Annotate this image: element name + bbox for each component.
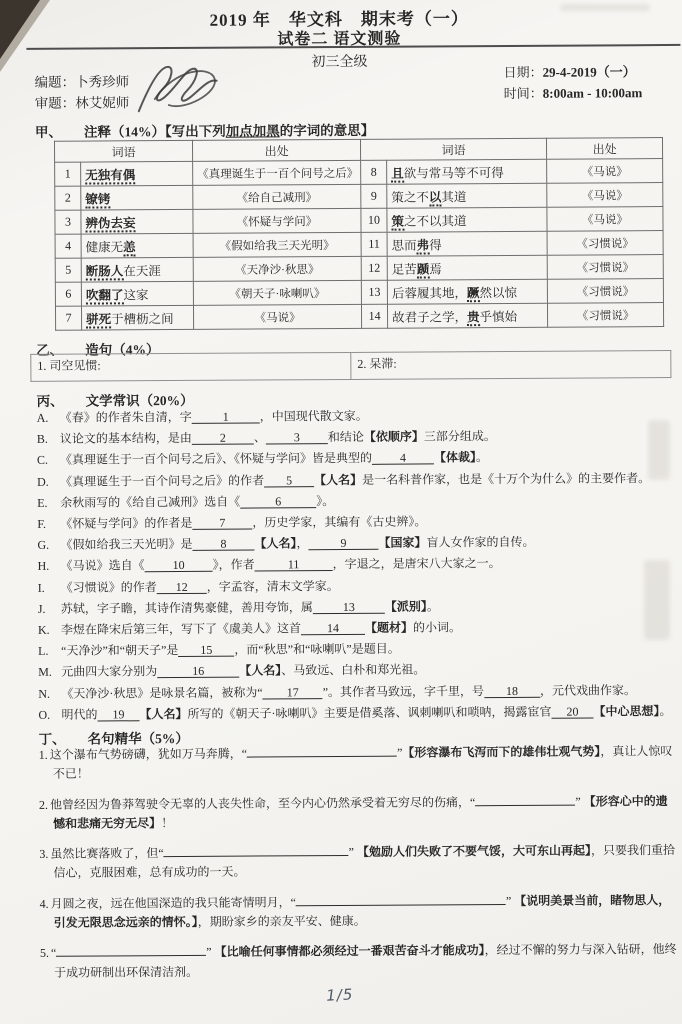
text-segment: 策之不 <box>391 190 429 204</box>
text-segment: ， <box>296 536 308 550</box>
text-segment: 李煜在降宋后第三年，写下了《虞美人》这首 <box>61 621 301 636</box>
word-cell: 故君子之学，贵乎慎始 <box>387 303 547 328</box>
item-number: 1. <box>39 748 48 762</box>
glossary-row: 4健康无恙《假如给我三天光明》11思而弗得《习惯说》 <box>55 231 663 259</box>
text-segment: 辨伪去妄 <box>85 216 135 232</box>
item-label: C. <box>37 450 60 471</box>
text-segment: 的小词。 <box>413 620 461 634</box>
glossary-row: 6吹翻了这家《朝天子·咏喇叭》13后蓉履其地，蹶然以惊《习惯说》 <box>55 279 663 307</box>
row-number: 9 <box>361 184 387 208</box>
item-label: F. <box>37 514 60 535</box>
answer-blank-line <box>164 844 349 857</box>
word-cell: 断肠人在天涯 <box>81 257 193 282</box>
time-label: 时间： <box>504 86 543 101</box>
hint-bracket: 【题材】 <box>365 621 413 635</box>
answer-blank: 6 <box>240 495 316 508</box>
answer-blank: 4 <box>372 452 434 465</box>
credits-block: 编题：卜秀珍师 审题：林艾妮师 <box>35 71 130 114</box>
answer-blank: 18 <box>484 684 540 697</box>
answer-blank-line <box>475 793 575 806</box>
glossary-row: 1无独有偶《真理诞生于一百个问号之后》8且欲与常马等不可得《马说》 <box>55 159 663 187</box>
text-segment: 蹶 <box>467 286 480 302</box>
row-number: 5 <box>55 258 81 282</box>
hint-bracket: 【国家】 <box>378 536 426 550</box>
text-segment: 元曲四大家分别为 <box>61 665 157 680</box>
exam-paper-scan: 2019 年 华文科 期末考（一） 试卷二 语文测验 初三全级 编题：卜秀珍师 … <box>0 0 682 1024</box>
text-segment: 月圆之夜，远在他国深造的我只能寄情明月，“ <box>51 895 296 910</box>
item-label: N. <box>38 683 61 704</box>
text-segment: 《怀疑与学问》的作者是 <box>60 516 192 531</box>
signature-graphic <box>124 59 224 118</box>
glossary-row: 2镣铐《给自己减刑》9策之不以其道《马说》 <box>55 183 663 211</box>
text-segment: 在天涯 <box>123 264 161 278</box>
word-cell: 无独有偶 <box>81 161 193 186</box>
answer-blank: 5 <box>264 474 314 487</box>
source-cell: 《马说》 <box>194 304 362 329</box>
word-cell: 且欲与常马等不可得 <box>387 159 547 184</box>
text-segment: 《春》的作者朱自清，字 <box>60 410 192 425</box>
hint-bracket: 【勉励人们失败了不要气馁，大可东山再起】 <box>357 844 591 859</box>
source-cell: 《朝天子·咏喇叭》 <box>193 280 361 305</box>
answer-blank: 3 <box>266 431 328 444</box>
answer-blank: 19 <box>97 708 139 721</box>
text-segment: 三部分组成。 <box>424 429 496 443</box>
section-jia-note: 【写出下列加点加黑的字词的意思】 <box>165 123 374 139</box>
text-segment: 其道 <box>441 190 466 204</box>
quote-item: 4.月圆之夜，远在他国深造的我只能寄情明月，“” 【说明美景当前，睹物思人，引发… <box>40 891 678 933</box>
word-cell: 镣铐 <box>81 185 193 210</box>
text-segment: ” <box>349 845 357 859</box>
item-label: D. <box>37 471 60 492</box>
item-number: 3. <box>39 847 48 861</box>
word-cell: 思而弗得 <box>387 231 547 256</box>
text-segment: 然以惊 <box>479 285 517 299</box>
text-segment: 故君子之学， <box>392 310 467 324</box>
answer-blank: 15 <box>178 644 234 657</box>
item-label: K. <box>38 620 61 641</box>
text-segment: 思而 <box>392 238 417 252</box>
row-number: 14 <box>361 304 387 328</box>
col-header-word: 词语 <box>54 140 192 162</box>
hint-bracket: 【派别】 <box>385 599 427 613</box>
item-number: 5. <box>40 946 49 960</box>
answer-blank-line <box>296 893 506 906</box>
text-segment: 。 <box>476 451 488 465</box>
text-segment: 健康无 <box>86 240 124 254</box>
answer-blank-line <box>247 745 397 758</box>
text-segment: 之不以其道 <box>404 214 467 228</box>
text-segment: 这家 <box>123 288 148 302</box>
text-segment: 》，作者 <box>213 558 255 572</box>
sentence-making-row: 1. 司空见惯: 2. 呆滞: <box>31 350 671 381</box>
word-cell: 策之不以其道 <box>387 207 547 232</box>
hint-bracket: 【中心思想】 <box>593 704 659 718</box>
source-cell: 《天净沙·秋思》 <box>193 256 361 281</box>
item-label: J. <box>38 599 61 620</box>
row-number: 10 <box>361 208 387 232</box>
row-number: 11 <box>361 232 387 256</box>
row-number: 2 <box>55 186 81 210</box>
datetime-block: 日期：29-4-2019（一） 时间：8:00am - 10:00am <box>504 61 643 104</box>
text-segment: 。 <box>427 599 439 613</box>
text-segment: 明代的 <box>61 707 97 721</box>
time-value: 8:00am - 10:00am <box>543 85 643 101</box>
reviewer-line: 审题：林艾妮师 <box>35 92 130 114</box>
glossary-row: 5断肠人在天涯《天净沙·秋思》12足苦踬焉《习惯说》 <box>55 255 663 283</box>
text-segment: 、 <box>254 431 266 445</box>
text-segment: “天净沙”和“朝天子”是 <box>61 643 178 658</box>
text-segment: 骈死 <box>86 312 111 328</box>
word-cell: 健康无恙 <box>81 233 193 258</box>
text-segment: 踬 <box>417 262 430 278</box>
item-content: 明代的19【人名】所写的《朝天子·咏喇叭》主要是借奚落、讽刺喇叭和唢呐，揭露宦官… <box>61 701 674 726</box>
page-content: 2019 年 华文科 期末考（一） 试卷二 语文测验 初三全级 编题：卜秀珍师 … <box>0 0 682 1024</box>
item-label: H. <box>38 556 61 577</box>
section-jia-title: 注释（14%） <box>84 124 165 139</box>
source-cell: 《马说》 <box>547 159 663 184</box>
text-segment: ”。其作者马致远，字千里，号 <box>323 684 484 699</box>
source-cell: 《给自己减刑》 <box>193 184 361 209</box>
text-segment: 无独有偶 <box>85 168 135 184</box>
answer-blank: 17 <box>263 686 323 699</box>
text-segment: 《马说》选自《 <box>61 559 145 574</box>
date-line: 日期：29-4-2019（一） <box>504 61 643 83</box>
item-number: 2. <box>39 797 48 811</box>
knowledge-item: O.明代的19【人名】所写的《朝天子·咏喇叭》主要是借奚落、讽刺喇叭和唢呐，揭露… <box>38 701 674 726</box>
word-cell: 策之不以其道 <box>387 183 547 208</box>
hint-bracket: 【人名】 <box>254 536 296 550</box>
underlined-text: 加点加黑 <box>226 123 280 138</box>
text-segment: 于槽枥之间 <box>111 312 174 326</box>
hint-bracket: 【体裁】 <box>434 451 476 465</box>
item-label: A. <box>37 408 60 429</box>
item-label: O. <box>38 705 61 726</box>
text-segment: 《真理诞生于一百个问号之后》、《怀疑与学问》皆是典型的 <box>60 451 372 467</box>
text-segment: 断肠人 <box>86 264 124 280</box>
answer-blank-line <box>56 944 206 957</box>
word-cell: 足苦踬焉 <box>387 255 547 280</box>
sentence-prompt: 1. 司空见惯: <box>31 352 351 381</box>
glossary-row: 3辨伪去妄《怀疑与学问》10策之不以其道《马说》 <box>55 207 663 235</box>
text-segment: 这个瀑布气势磅礴，犹如万马奔腾，“ <box>50 747 247 762</box>
word-cell: 后蓉履其地，蹶然以惊 <box>387 279 547 304</box>
hint-bracket: 【依顺序】 <box>364 430 424 444</box>
text-segment: ” <box>575 794 583 808</box>
literature-knowledge-list: A.《春》的作者朱自清，字1，中国现代散文家。B.议论文的基本结构，是由2、3和… <box>37 404 675 726</box>
text-segment: 焉 <box>429 262 442 276</box>
text-segment: 是一名科普作家，也是《十万个为什么》的主要作者。 <box>362 471 650 487</box>
text-segment: 吹翻了 <box>86 288 124 304</box>
section-bing-prefix: 丙、 <box>37 394 64 409</box>
text-segment: 得 <box>429 238 442 252</box>
answer-blank: 12 <box>157 580 207 593</box>
glossary-row: 7骈死于槽枥之间《马说》14故君子之学，贵乎慎始《习惯说》 <box>55 303 663 331</box>
source-cell: 《习惯说》 <box>547 279 663 304</box>
text-segment: 《真理诞生于一百个问号之后》的作者 <box>60 473 264 488</box>
col-header-source: 出处 <box>547 138 663 160</box>
source-cell: 《习惯说》 <box>548 303 664 328</box>
row-number: 12 <box>361 256 387 280</box>
row-number: 13 <box>361 280 387 304</box>
page-number: 1/5 <box>326 985 354 1005</box>
text-segment: 《假如给我三天光明》是 <box>60 537 192 552</box>
col-header-word: 词语 <box>360 138 546 160</box>
answer-blank: 7 <box>192 517 252 530</box>
famous-quotes-list: 1.这个瀑布气势磅礴，犹如万马奔腾，“”【形容瀑布飞泻而下的雄伟壮观气势】，真让… <box>39 742 679 994</box>
item-label: G. <box>37 535 60 556</box>
text-segment: ，元代戏曲作家。 <box>540 683 636 698</box>
text-segment: ” <box>206 945 214 959</box>
text-segment: 苏轼，字子瞻，其诗作清隽豪健，善用夸饰，属 <box>61 600 313 616</box>
text-segment: 。 <box>659 704 671 718</box>
text-segment: 贵 <box>467 310 480 326</box>
quote-item: 1.这个瀑布气势磅礴，犹如万马奔腾，“”【形容瀑布飞泻而下的雄伟壮观气势】，真让… <box>39 742 677 784</box>
text-segment: 足苦 <box>392 262 417 276</box>
source-cell: 《假如给我三天光明》 <box>193 232 361 257</box>
section-jia-heading: 甲、注释（14%）【写出下列加点加黑的字词的意思】 <box>35 119 374 141</box>
hint-bracket: 【比喻任何事情都必须经过一番艰苦奋斗才能成功】 <box>215 944 485 960</box>
text-segment: ” <box>506 894 514 908</box>
source-cell: 《怀疑与学问》 <box>193 208 361 233</box>
item-label: L. <box>38 641 61 662</box>
col-header-source: 出处 <box>192 139 360 161</box>
text-segment: ，字孟容，清末文学家。 <box>207 579 339 594</box>
quote-item: 3.虽然比赛落败了，但“” 【勉励人们失败了不要气馁，大可东山再起】，只要我们重… <box>39 841 677 883</box>
word-cell: 骈死于槽枥之间 <box>81 305 193 330</box>
text-segment: ，历史学家，其编有《古史辨》。 <box>252 514 426 529</box>
text-segment: 【写出下列 <box>165 124 226 139</box>
answer-blank: 20 <box>551 705 593 718</box>
section-jia-prefix: 甲、 <box>35 125 62 140</box>
answer-blank: 14 <box>301 622 365 635</box>
text-segment: ，而“秋思”和“咏喇叭”是题目。 <box>234 642 399 657</box>
text-segment: 》。 <box>316 494 334 508</box>
section-ding-prefix: 丁、 <box>39 732 66 747</box>
text-segment: 后蓉履其地， <box>392 286 467 300</box>
date-value: 29-4-2019（一） <box>543 64 636 80</box>
text-segment: 《天净沙·秋思》是咏景名篇，被称为“ <box>61 685 262 700</box>
text-segment: 欲与常马等不可得 <box>404 166 504 181</box>
text-segment: 、马致远、白朴和郑光祖。 <box>281 663 425 678</box>
word-cell: 吹翻了这家 <box>81 281 193 306</box>
answer-blank: 2 <box>192 432 254 445</box>
text-segment: 所写的《朝天子·咏喇叭》主要是借奚落、讽刺喇叭和唢呐，揭露宦官 <box>187 705 551 721</box>
item-label: B. <box>37 429 60 450</box>
row-number: 7 <box>55 306 81 330</box>
text-segment: 弗 <box>417 238 430 254</box>
date-label: 日期： <box>504 65 543 80</box>
answer-blank: 16 <box>157 665 239 679</box>
answer-blank: 8 <box>192 538 254 551</box>
quote-item: 2.他曾经因为鲁莽驾驶令无辜的人丧失性命，至今内心仍然承受着无穷尽的伤痛，“” … <box>39 792 677 834</box>
source-cell: 《马说》 <box>547 183 663 208</box>
editor-name: 卜秀珍师 <box>75 74 129 89</box>
item-label: E. <box>37 493 60 514</box>
hint-bracket: 【人名】 <box>314 472 362 486</box>
text-segment: ，中国现代散文家。 <box>260 409 368 424</box>
time-line: 时间：8:00am - 10:00am <box>504 82 643 104</box>
answer-blank: 13 <box>313 601 385 614</box>
answer-blank: 1 <box>192 410 260 423</box>
row-number: 8 <box>361 160 387 184</box>
text-segment: 且 <box>391 166 404 182</box>
text-segment: ！ <box>161 816 173 830</box>
reviewer-label: 审题： <box>35 96 76 111</box>
source-cell: 《真理诞生于一百个问号之后》 <box>193 160 361 185</box>
quote-item: 5.“” 【比喻任何事情都必须经过一番艰苦奋斗才能成功】，经过不懈的努力与深入钻… <box>40 940 678 982</box>
source-cell: 《习惯说》 <box>547 255 663 280</box>
hint-bracket: 【人名】 <box>139 707 187 721</box>
row-number: 1 <box>55 162 81 186</box>
text-segment: 乎慎始 <box>480 309 518 323</box>
text-segment: 他曾经因为鲁莽驾驶令无辜的人丧失性命，至今内心仍然承受着无穷尽的伤痛，“ <box>50 795 475 812</box>
row-number: 3 <box>55 210 81 234</box>
sentence-prompt: 2. 呆滞: <box>351 350 671 379</box>
text-segment: 的字词的意思】 <box>280 123 375 139</box>
text-segment: 以 <box>429 190 442 206</box>
text-segment: 盲人女作家的自传。 <box>426 535 534 550</box>
text-segment: 虽然比赛落败了，但“ <box>50 846 163 861</box>
editor-line: 编题：卜秀珍师 <box>35 71 130 93</box>
row-number: 4 <box>55 234 81 258</box>
answer-blank: 9 <box>308 537 378 550</box>
glossary-table: 词语 出处 词语 出处 1无独有偶《真理诞生于一百个问号之后》8且欲与常马等不可… <box>54 137 664 331</box>
answer-blank: 10 <box>145 559 213 572</box>
hint-bracket: 【人名】 <box>239 664 281 678</box>
text-segment: 议论文的基本结构，是由 <box>60 431 192 446</box>
item-label: M. <box>38 662 61 683</box>
hint-bracket: 【形容瀑布飞泻而下的雄伟壮观气势】 <box>402 744 600 759</box>
text-segment: ，期盼家乡的亲友平安、健康。 <box>198 914 366 929</box>
source-cell: 《马说》 <box>547 207 663 232</box>
text-segment: 策 <box>391 214 404 230</box>
source-cell: 《习惯说》 <box>547 231 663 256</box>
text-segment: 余秋雨写的《给自己减刑》选自《 <box>60 494 240 509</box>
item-number: 4. <box>40 897 49 911</box>
reviewer-name: 林艾妮师 <box>75 95 129 110</box>
text-segment: 和结论 <box>328 430 364 444</box>
word-cell: 辨伪去妄 <box>81 209 193 234</box>
text-segment: ，字退之，是唐宋八大家之一。 <box>333 556 501 571</box>
text-segment: 《习惯说》的作者 <box>61 580 157 595</box>
item-label: I. <box>38 577 61 598</box>
text-segment: 镣铐 <box>85 192 110 208</box>
editor-label: 编题： <box>35 75 76 90</box>
sentence-making-table: 1. 司空见惯: 2. 呆滞: <box>30 350 671 382</box>
row-number: 6 <box>55 282 81 306</box>
text-segment: 恙 <box>123 240 136 256</box>
answer-blank: 11 <box>255 558 333 571</box>
